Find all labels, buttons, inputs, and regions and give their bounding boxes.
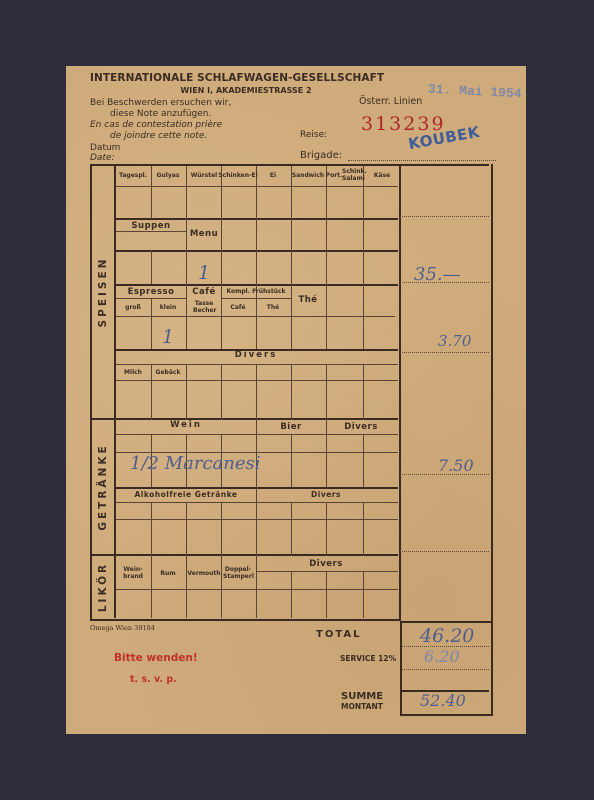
- label-cafe-tasse-becher: Tasse Becher: [193, 300, 215, 314]
- label-espresso: Espresso: [128, 287, 175, 297]
- label-cafe: Café: [192, 287, 215, 297]
- amount-speisen-2: 3.70: [438, 332, 471, 350]
- col-weinbrand: Wein-brand: [120, 566, 146, 580]
- complaint-note-fr-2: de joindre cette note.: [110, 131, 207, 141]
- restaurant-bill: INTERNATIONALE SCHLAFWAGEN-GESELLSCHAFT …: [66, 66, 526, 734]
- label-espresso-klein: klein: [160, 304, 176, 311]
- service-value: 6.20: [424, 647, 460, 666]
- amount-getraenke-1: 7.50: [438, 456, 474, 475]
- lines-label: Österr. Linien: [359, 96, 422, 107]
- col-wuerstel: Würstel: [191, 172, 217, 179]
- amount-speisen-1: 35.—: [414, 264, 461, 285]
- col-portion: Port.: [326, 172, 343, 179]
- col-tagesplatte: Tagespl.: [119, 172, 147, 179]
- col-schinken-salami: Schink. Salami: [342, 168, 364, 182]
- section-speisen: SPEISEN: [92, 166, 398, 420]
- total-label: TOTAL: [316, 629, 361, 640]
- label-divers-alkoholfrei: Divers: [311, 490, 341, 500]
- please-turn-over: Bitte wenden!: [114, 652, 198, 664]
- section-label-getraenke: GETRÄNKE: [92, 420, 116, 554]
- label-kf-the: Thé: [267, 304, 279, 311]
- label-divers-speisen: Divers: [235, 352, 278, 359]
- service-label: SERVICE 12%: [340, 654, 396, 663]
- col-kaese: Käse: [374, 172, 390, 179]
- label-suppen: Suppen: [131, 221, 170, 231]
- summe-value: 52.40: [420, 691, 466, 710]
- total-value: 46.20: [420, 625, 474, 647]
- summe-label: SUMME: [341, 691, 383, 702]
- section-likoer: LIKÖR Wein-brand Rum Vermouth Doppel-Sta…: [92, 556, 398, 618]
- label-alkoholfreie-getraenke: Alkoholfreie Getränke: [135, 490, 238, 500]
- reise-label: Reise:: [300, 130, 327, 140]
- section-label-speisen: SPEISEN: [92, 166, 116, 418]
- col-gulyas: Gulyas: [157, 172, 180, 179]
- date-label: Date:: [90, 153, 115, 163]
- date-stamp: 31. Mai 1954: [428, 82, 522, 102]
- handwritten-menu-qty: 1: [198, 262, 210, 284]
- brigade-field: [348, 160, 496, 161]
- label-gebaeck: Gebäck: [156, 369, 181, 376]
- col-schinken-ei: Schinken-Ei: [218, 172, 257, 179]
- brigade-label: Brigade:: [300, 150, 342, 161]
- label-espresso-gross: groß: [125, 304, 141, 311]
- datum-label: Datum: [90, 143, 120, 153]
- section-label-likoer: LIKÖR: [92, 556, 116, 618]
- col-ei: Ei: [270, 172, 276, 179]
- totals-box: 46.20 6.20 52.40: [400, 621, 493, 716]
- tsvp-note: t. s. v. p.: [130, 674, 177, 685]
- label-menu: Menu: [190, 229, 218, 239]
- order-grid: SPEISEN: [90, 164, 401, 621]
- label-milch: Milch: [124, 369, 142, 376]
- company-address: WIEN I, AKADEMIESTRASSE 2: [66, 86, 426, 95]
- label-kf-cafe: Café: [230, 304, 245, 311]
- handwritten-espresso-qty: 1: [162, 326, 174, 348]
- label-divers-likoer: Divers: [309, 559, 343, 569]
- label-bier: Bier: [280, 422, 301, 432]
- printer-imprint: Omega Wien 39184: [90, 624, 155, 632]
- label-wein: Wein: [170, 422, 202, 429]
- section-getraenke: GETRÄNKE Wein: [92, 420, 398, 556]
- col-doppelstamperl: Doppel-Stamperl: [223, 566, 253, 580]
- handwritten-wine-entry: 1/2 Marcanesi: [130, 453, 261, 474]
- amount-column: 35.— 3.70 7.50: [400, 164, 493, 621]
- complaint-note-de-1: Bei Beschwerden ersuchen wir,: [90, 98, 231, 108]
- company-name: INTERNATIONALE SCHLAFWAGEN-GESELLSCHAFT: [90, 72, 384, 84]
- montant-label: MONTANT: [341, 702, 383, 711]
- label-kompl-fruehstueck: Kompl. Frühstück: [226, 288, 285, 295]
- col-rum: Rum: [160, 570, 175, 577]
- complaint-note-fr-1: En cas de contestation prière: [90, 120, 222, 130]
- col-sandwich: Sandwich: [292, 172, 324, 179]
- complaint-note-de-2: diese Note anzufügen.: [110, 109, 211, 119]
- label-the: Thé: [298, 295, 317, 305]
- col-vermouth: Vermouth: [187, 570, 220, 577]
- label-divers-getraenke: Divers: [344, 422, 378, 432]
